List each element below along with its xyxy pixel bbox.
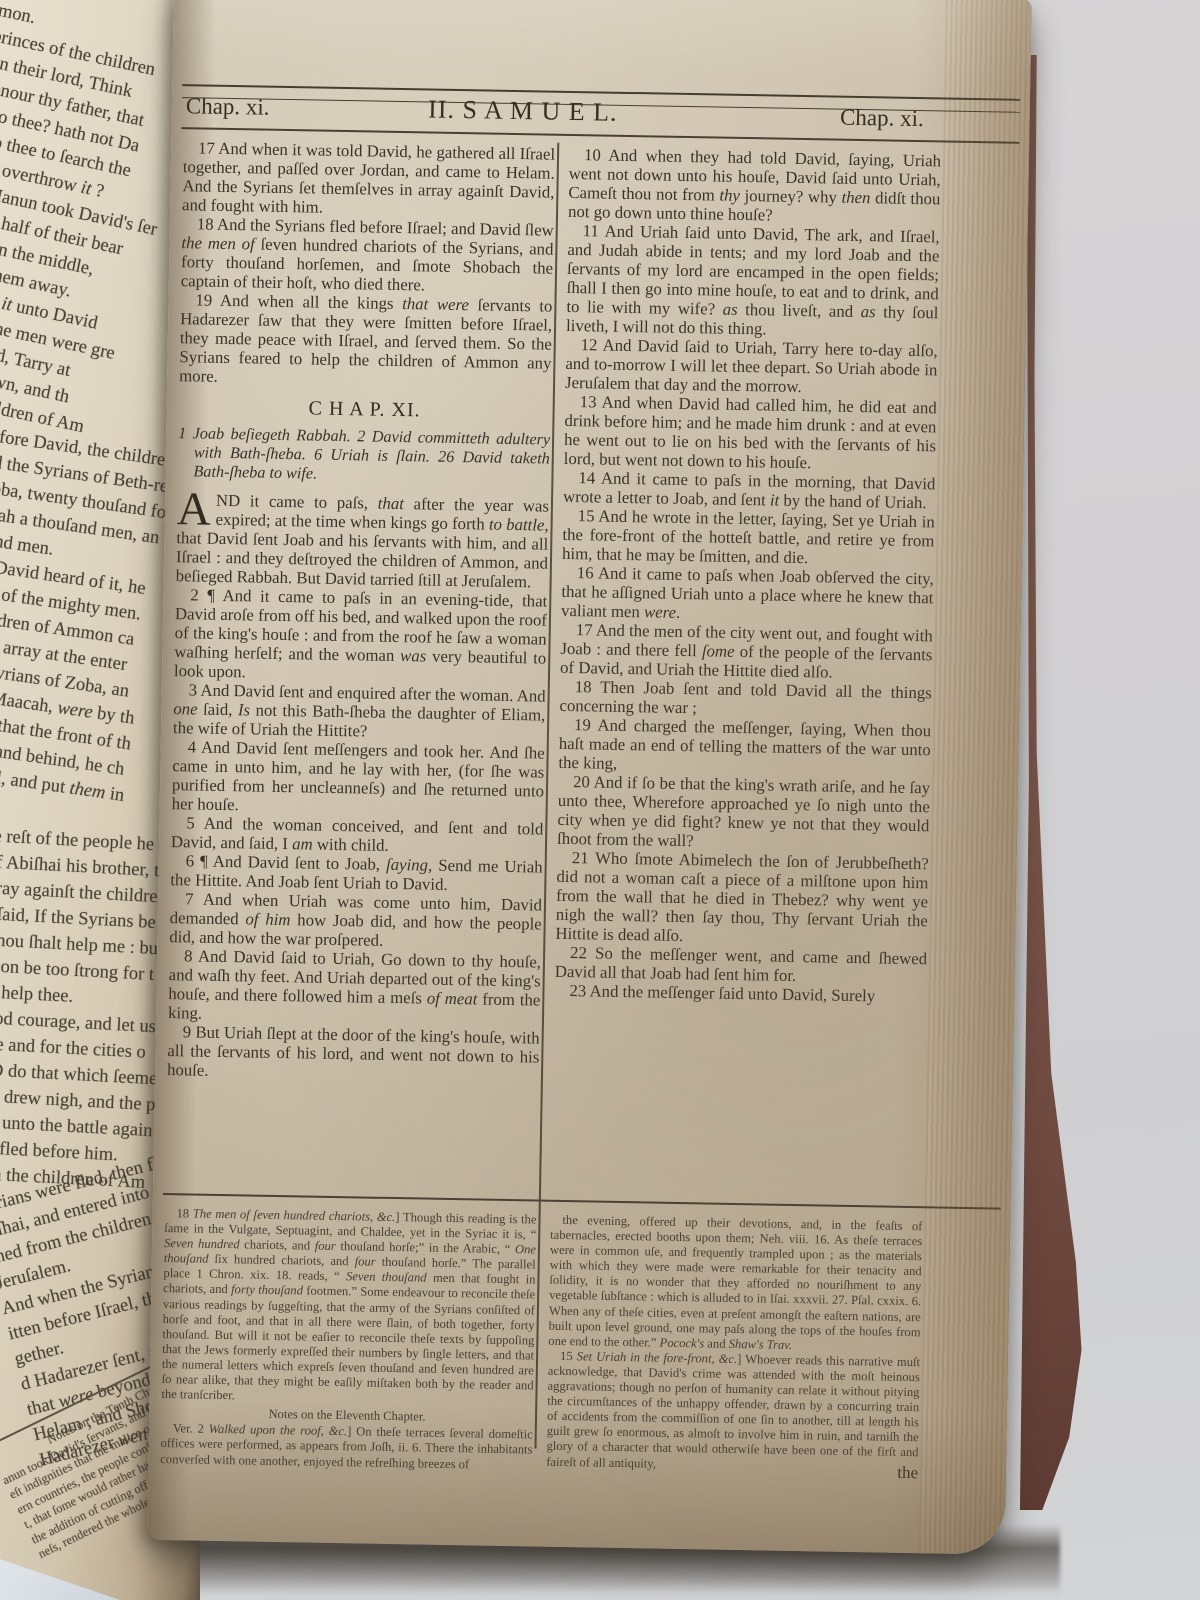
verse-paragraph: 7 And when Uriah was come unto him, Davi…: [169, 889, 542, 952]
catchword: the: [897, 1463, 918, 1483]
verse-paragraph: AND it came to paſs, that after the year…: [176, 490, 550, 591]
verse-paragraph: 11 And Uriah ſaid unto David, The ark, a…: [566, 221, 940, 341]
book-photo: Ammon.the princes of the childrenHanun t…: [0, 0, 1200, 1600]
verse-paragraph: 9 But Uriah ſlept at the door of the kin…: [167, 1022, 540, 1085]
verse-paragraph: 14 And it came to paſs in the morning, t…: [563, 468, 936, 512]
verse-paragraph: 15 Set Uriah in the fore-front, &c.] Who…: [546, 1349, 920, 1476]
chapter-argument: 1 Joab beſiegeth Rabbah. 2 David committ…: [193, 424, 550, 487]
verse-paragraph: 18 Then Joab ſent and told David all the…: [559, 677, 932, 721]
verse-paragraph: 19 And when all the kings that were ſerv…: [179, 290, 553, 391]
footnote-column-right: the evening, offered up their devotions,…: [546, 1213, 923, 1489]
drop-cap: A: [177, 490, 217, 528]
verse-paragraph: 22 So the meſſenger went, and came and ſ…: [555, 943, 928, 987]
verse-paragraph: 21 Who ſmote Abimelech the ſon of Jerubb…: [555, 848, 929, 949]
verse-paragraph: 10 And when they had told David, ſaying,…: [568, 145, 941, 227]
header-book-title: II. S A M U E L.: [428, 94, 618, 127]
verse-paragraph: 17 And the men of the city went out, and…: [560, 620, 933, 683]
verse-paragraph: 15 And he wrote in the letter, ſaying, S…: [562, 506, 935, 569]
verse-paragraph: 6 ¶ And David ſent to Joab, ſaying, Send…: [170, 851, 543, 895]
verse-paragraph: 20 And if ſo be that the king's wrath ar…: [557, 772, 930, 854]
verse-paragraph: 3 And David ſent and enquired after the …: [173, 680, 546, 743]
verse-paragraph: the evening, offered up their devotions,…: [548, 1213, 922, 1355]
header-chapter-right: Chap. xi.: [836, 105, 1020, 134]
verse-paragraph: 2 ¶ And it came to paſs in an evening-ti…: [174, 585, 548, 686]
verse-paragraph: 18 And the Syrians fled before Iſrael; a…: [181, 214, 554, 296]
verse-paragraph: 5 And the woman conceived, and ſent and …: [171, 813, 544, 857]
verse-paragraph: 13 And when David had called him, he did…: [564, 392, 937, 474]
verse-paragraph: 4 And David ſent meſſengers and took her…: [172, 737, 545, 819]
footnote-column-left: 18 The men of ſeven hundred chariots, &c…: [160, 1206, 537, 1482]
text-column-left: 17 And when it was told David, he gather…: [165, 138, 555, 1198]
right-page: Chap. xi. II. S A M U E L. Chap. xi. 17 …: [147, 0, 1032, 1555]
header-chapter-left: Chap. xi.: [182, 93, 270, 121]
verse-paragraph: 18 The men of ſeven hundred chariots, &c…: [161, 1206, 536, 1409]
verse-paragraph: 8 And David ſaid to Uriah, Go down to th…: [168, 946, 541, 1028]
verse-paragraph: 12 And David ſaid to Uriah, Tarry here t…: [565, 335, 938, 398]
text-column-right: 10 And when they had told David, ſaying,…: [551, 145, 941, 1205]
chapter-heading: C H A P. XI.: [178, 397, 550, 422]
verse-paragraph: 16 And it came to paſs when Joab obſerve…: [561, 563, 934, 626]
verse-paragraph: 17 And when it was told David, he gather…: [182, 138, 555, 220]
verse-paragraph: Ver. 2 Walked upon the roof, &c.] On the…: [160, 1421, 533, 1473]
verse-paragraph: 19 And charged the meſſenger, ſaying, Wh…: [558, 715, 931, 778]
